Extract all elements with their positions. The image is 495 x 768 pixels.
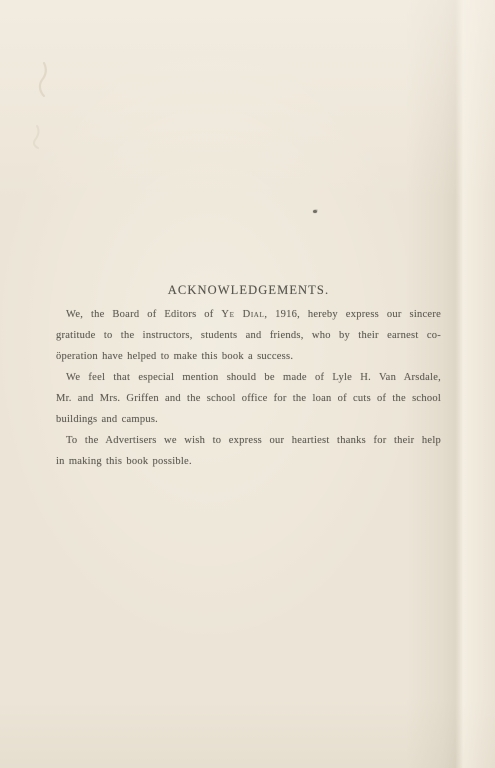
- scanned-page: ACKNOWLEDGEMENTS. We, the Board of Edito…: [0, 0, 495, 768]
- paper-blemish-upper: [34, 60, 56, 100]
- paper-blemish-lower: [29, 124, 45, 150]
- line-1-pre-text: We, the Board of Editors of: [66, 309, 221, 320]
- paragraph-3: To the Advertisers we wish to express ou…: [56, 430, 441, 472]
- text-line-1: We, the Board of Editors of Ye Dial, 191…: [56, 304, 441, 325]
- body-text: We, the Board of Editors of Ye Dial, 191…: [56, 304, 441, 472]
- text-line-2: gratitude to the instructors, students a…: [56, 325, 441, 346]
- text-line-7: To the Advertisers we wish to express ou…: [56, 430, 441, 451]
- text-line-4: We feel that especial mention should be …: [56, 367, 441, 388]
- text-line-5: Mr. and Mrs. Griffen and the school offi…: [56, 388, 441, 409]
- text-line-8: in making this book possible.: [56, 451, 441, 472]
- page-heading: ACKNOWLEDGEMENTS.: [56, 282, 441, 298]
- paragraph-1: We, the Board of Editors of Ye Dial, 191…: [56, 304, 441, 367]
- paragraph-2: We feel that especial mention should be …: [56, 367, 441, 430]
- line-1-post-text: , 1916, hereby express our sincere: [264, 309, 441, 320]
- paper-speck: [313, 210, 317, 213]
- text-line-6: buildings and campus.: [56, 409, 441, 430]
- text-line-3: öperation have helped to make this book …: [56, 346, 441, 367]
- book-title-smallcaps: Ye Dial: [221, 309, 264, 320]
